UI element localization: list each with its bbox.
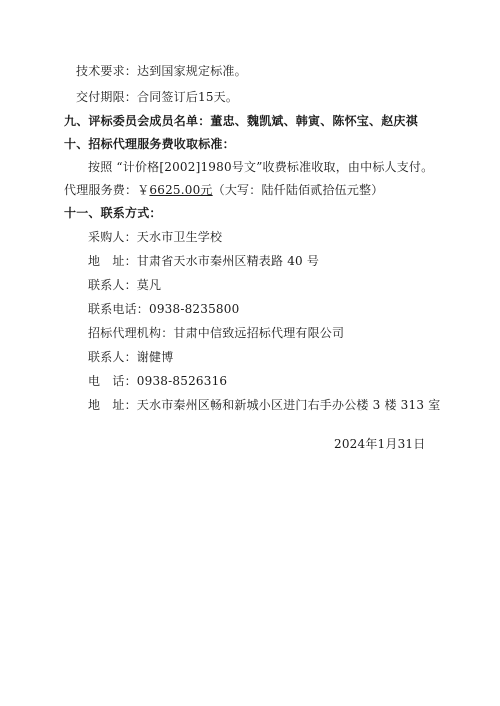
agency-fee-amount: 6625.00元 <box>149 183 212 197</box>
section9-evaluation-committee: 九、评标委员会成员名单：董忠、魏凯斌、韩寅、陈怀宝、赵庆祺 <box>64 113 418 129</box>
agency-contact-line: 联系人：谢健博 <box>88 349 173 365</box>
fee-basis-line: 按照 “计价格[2002]1980号文”收费标准收取，由中标人支付。 <box>88 159 433 175</box>
section11-contact-heading: 十一、联系方式： <box>64 205 162 221</box>
document-page: 技术要求：达到国家规定标准。 交付期限：合同签订后15天。 九、评标委员会成员名… <box>0 0 500 706</box>
agency-phone-line: 电 话：0938-8526316 <box>88 373 227 389</box>
agency-fee-label: 代理服务费：￥ <box>64 183 149 197</box>
delivery-deadline-line: 交付期限：合同签订后15天。 <box>76 89 238 105</box>
tech-requirement-line: 技术要求：达到国家规定标准。 <box>76 63 247 79</box>
document-date: 2024年1月31日 <box>334 436 425 452</box>
purchaser-address-line: 地 址：甘肃省天水市秦州区精表路 40 号 <box>88 253 319 269</box>
section10-fee-standard-heading: 十、招标代理服务费收取标准： <box>64 136 235 152</box>
agency-address-line: 地 址：天水市秦州区畅和新城小区进门右手办公楼 3 楼 313 室 <box>88 397 440 413</box>
purchaser-name-line: 采购人：天水市卫生学校 <box>88 229 222 245</box>
purchaser-contact-line: 联系人：莫凡 <box>88 277 161 293</box>
agency-fee-uppercase: （大写：陆仟陆佰贰拾伍元整） <box>213 183 384 197</box>
agency-name-line: 招标代理机构：甘肃中信致远招标代理有限公司 <box>88 325 344 341</box>
agency-fee-line: 代理服务费：￥6625.00元（大写：陆仟陆佰贰拾伍元整） <box>64 182 383 198</box>
purchaser-phone-line: 联系电话：0938-8235800 <box>88 301 239 317</box>
